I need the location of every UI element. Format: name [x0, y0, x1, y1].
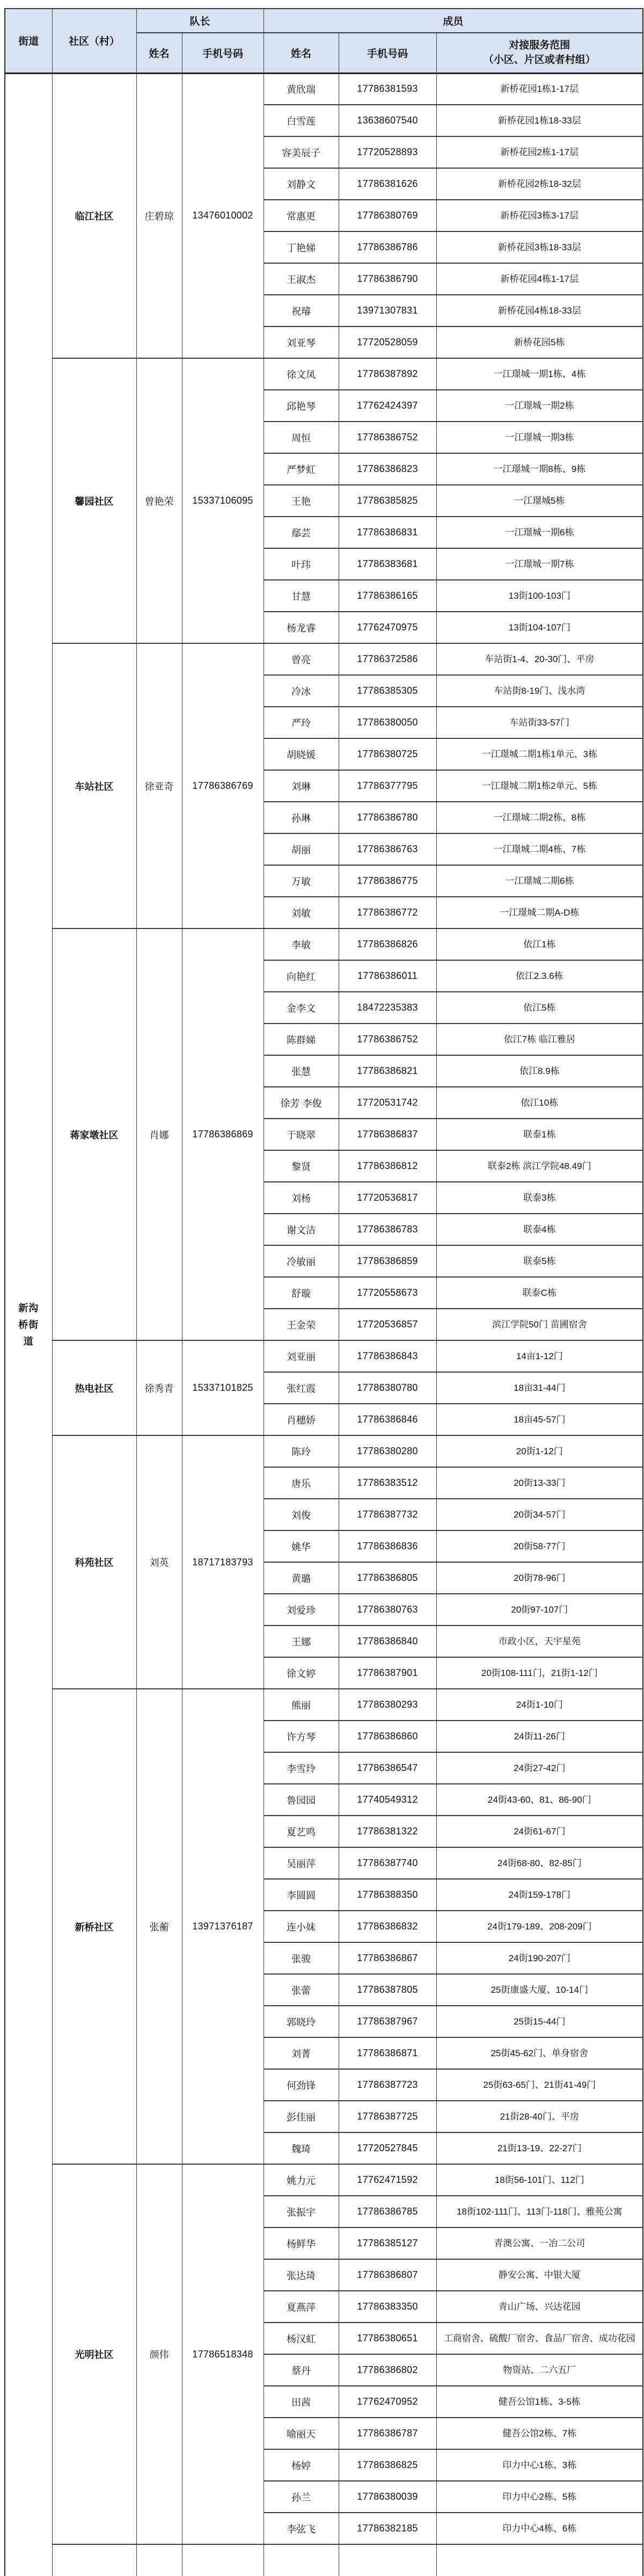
header-service-scope: 对接服务范围 （小区、片区或者村组）: [436, 33, 643, 73]
member-scope-cell: 21街28-40门、平房: [436, 2101, 643, 2132]
member-phone-cell: 17786380039: [339, 2481, 436, 2513]
member-name-cell: 杨婷: [264, 2449, 339, 2481]
member-scope-cell: 一江璟城二期1栋2单元、5栋: [436, 770, 643, 802]
member-phone-cell: 17786380293: [339, 1689, 436, 1721]
member-scope-cell: 依江5栋: [436, 992, 643, 1024]
leader-phone-cell-5: 18717183793: [182, 1435, 264, 1689]
member-scope-cell: 联泰4栋: [436, 1214, 643, 1245]
member-scope-cell: 一江璟城一期1栋、4栋: [436, 358, 643, 390]
member-phone-cell: 17786386867: [339, 1942, 436, 1974]
member-scope-cell: 24街43-60、81、86-90门: [436, 1784, 643, 1816]
member-scope-cell: 新桥花园3栋18-33层: [436, 231, 643, 263]
member-name-cell: 舒璇: [264, 1277, 339, 1309]
member-scope-cell: 工商宿舍、硫酸厂宿舍、食品厂宿舍、成功花园: [436, 2323, 643, 2354]
member-scope-cell: 一江璟城二期6栋: [436, 865, 643, 897]
street-label: 新沟桥街道: [14, 1300, 43, 1349]
member-name-cell: 张振宇: [264, 2196, 339, 2227]
leader-name-cell-6: 张蘅: [136, 1689, 182, 2164]
member-name-cell: 鄢芸: [264, 517, 339, 548]
member-scope-cell: 25街63-65门、21街41-49门: [436, 2069, 643, 2101]
member-name-cell: 田茜: [264, 2386, 339, 2418]
member-scope-cell: 20街58-77门: [436, 1530, 643, 1562]
member-name-cell: 冷敏丽: [264, 1245, 339, 1277]
member-phone-cell: 17786386772: [339, 897, 436, 928]
member-row: 蒋家墩社区肖娜17786386869李敏17786386826依江1栋: [5, 928, 643, 960]
member-phone-cell: 17786386786: [339, 231, 436, 263]
member-name-cell: 祝璿: [264, 295, 339, 326]
member-scope-cell: 一江璟城一期3栋: [436, 422, 643, 453]
member-scope-cell: 青山广场、兴达花园: [436, 2291, 643, 2323]
member-scope-cell: 一江璟城二期2栋、8栋: [436, 802, 643, 833]
member-name-cell: 胡晓媛: [264, 738, 339, 770]
member-name-cell: 孙兰: [264, 2481, 339, 2513]
street-cell: 新沟桥街道: [5, 73, 52, 2576]
member-scope-cell: 24街1-10门: [436, 1689, 643, 1721]
member-scope-cell: 20街108-111门，21街1-12门: [436, 1657, 643, 1689]
member-name-cell: 蔡丹: [264, 2354, 339, 2386]
member-phone-cell: 17786386807: [339, 2259, 436, 2291]
header-member-phone: 手机号码: [339, 33, 436, 73]
leader-name-cell-5: 刘英: [136, 1435, 182, 1689]
member-name-cell: 许方琴: [264, 1721, 339, 1752]
member-name-cell: 徐文凤: [264, 358, 339, 390]
member-name-cell: 张蕾: [264, 1974, 339, 2006]
member-scope-cell: 14亩1-12门: [436, 1340, 643, 1372]
member-scope-cell: 20街13-33门: [436, 1467, 643, 1499]
member-scope-cell: 物资站、二六五厂: [436, 2354, 643, 2386]
member-phone-cell: 17720527845: [339, 2132, 436, 2164]
member-scope-cell: 24街68-80、82-85门: [436, 1847, 643, 1879]
member-name-cell: 严梦虹: [264, 453, 339, 485]
member-phone-cell: 17786380769: [339, 200, 436, 231]
member-name-cell: 谢文洁: [264, 1214, 339, 1245]
member-scope-cell: 车站街8-19门、浅水湾: [436, 675, 643, 707]
member-phone-cell: 17786382185: [339, 2513, 436, 2544]
member-phone-cell: 17762424397: [339, 390, 436, 422]
member-phone-cell: 17720531742: [339, 1087, 436, 1119]
member-name-cell: 邱艳琴: [264, 390, 339, 422]
member-phone-cell: 17720536857: [339, 1309, 436, 1340]
member-name-cell: 黎贤: [264, 1150, 339, 1182]
member-name-cell: 李弦飞: [264, 2513, 339, 2544]
member-name-cell: 孙琳: [264, 802, 339, 833]
member-name-cell: 魏琦: [264, 2132, 339, 2164]
community-cell-5: 科苑社区: [52, 1435, 136, 1689]
member-name-cell: 金李文: [264, 992, 339, 1024]
member-scope-cell: 一江璟城一期7栋: [436, 548, 643, 580]
member-name-cell: 黄欣瑞: [264, 73, 339, 105]
header-service-scope-line2: （小区、片区或者村组）: [439, 53, 641, 68]
member-scope-cell: 新桥花园5栋: [436, 326, 643, 358]
leader-phone-cell-6: 13971376187: [182, 1689, 264, 2164]
member-name-cell: 白雪莲: [264, 105, 339, 136]
header-service-scope-line1: 对接服务范围: [439, 38, 641, 53]
member-scope-cell: 18亩31-44门: [436, 1372, 643, 1404]
member-scope-cell: 健吾公馆1栋、3-5栋: [436, 2386, 643, 2418]
member-row: 新沟桥街道临江社区庄碧琼13476010002黄欣瑞17786381593新桥花…: [5, 73, 643, 105]
member-name-cell: 叶玮: [264, 548, 339, 580]
member-phone-cell: 17786386763: [339, 833, 436, 865]
member-name-cell: 万敏: [264, 865, 339, 897]
member-name-cell: 吴丽萍: [264, 1847, 339, 1879]
member-scope-cell: 依江10栋: [436, 1087, 643, 1119]
member-scope-cell: 24街179-189、208-209门: [436, 1911, 643, 1942]
member-phone-cell: 17786387901: [339, 1657, 436, 1689]
member-phone-cell: 17786386826: [339, 928, 436, 960]
member-phone-cell: 17786380725: [339, 738, 436, 770]
member-name-cell: 刘杨: [264, 1182, 339, 1214]
member-name-cell: 徐文婷: [264, 1657, 339, 1689]
member-scope-cell: 联泰5栋: [436, 1245, 643, 1277]
member-phone-cell: 17786387732: [339, 1499, 436, 1530]
member-phone-cell: 17786386823: [339, 453, 436, 485]
member-scope-cell: 新桥花园1栋18-33层: [436, 105, 643, 136]
member-phone-cell: 17786385825: [339, 485, 436, 517]
member-phone-cell: 17786380780: [339, 1372, 436, 1404]
header-community: 社区（村）: [52, 9, 136, 73]
member-phone-cell: 17786386802: [339, 2354, 436, 2386]
member-scope-cell: 市政小区，天宇星苑: [436, 1626, 643, 1657]
member-phone-cell: 17786386831: [339, 517, 436, 548]
member-phone-cell: 17786386846: [339, 1404, 436, 1435]
member-phone-cell: 17762470952: [339, 2386, 436, 2418]
member-name-cell: 周恒: [264, 422, 339, 453]
leader-phone-cell-7: 17786518348: [182, 2164, 264, 2544]
member-name-cell: 熊丽: [264, 1689, 339, 1721]
table-header: 街道 社区（村） 队长 成员 姓名 手机号码 姓名 手机号码 对接服务范围 （小…: [5, 9, 643, 73]
member-phone-cell: 17786386783: [339, 1214, 436, 1245]
member-name-cell: 夏艺鸣: [264, 1816, 339, 1847]
member-name-cell: 王娜: [264, 1626, 339, 1657]
member-name-cell: 李圆圆: [264, 1879, 339, 1911]
community-cell-0: 临江社区: [52, 73, 136, 358]
member-name-cell: 张骏: [264, 1942, 339, 1974]
member-phone-cell: 17786386837: [339, 1119, 436, 1150]
member-scope-cell: 滨江学院50门 苗圃宿舍: [436, 1309, 643, 1340]
member-scope-cell: 21街13-19、22-27门: [436, 2132, 643, 2164]
community-roster-table-wrap: 街道 社区（村） 队长 成员 姓名 手机号码 姓名 手机号码 对接服务范围 （小…: [4, 8, 644, 2576]
cutoff-member-name-cell: [264, 2544, 339, 2576]
member-phone-cell: 17786381593: [339, 73, 436, 105]
member-scope-cell: 一江璟城一期6栋: [436, 517, 643, 548]
member-scope-cell: 一江璟城二期4栋、7栋: [436, 833, 643, 865]
member-scope-cell: 健吾公馆2栋、7栋: [436, 2418, 643, 2449]
member-phone-cell: 17786386165: [339, 580, 436, 612]
leader-name-cell-3: 肖娜: [136, 928, 182, 1340]
member-scope-cell: 依江8.9栋: [436, 1055, 643, 1087]
member-name-cell: 严玲: [264, 707, 339, 738]
member-scope-cell: 新桥花园4栋1-17层: [436, 263, 643, 295]
member-phone-cell: 17786381322: [339, 1816, 436, 1847]
member-name-cell: 唐乐: [264, 1467, 339, 1499]
header-member-name: 姓名: [264, 33, 339, 73]
member-scope-cell: 一江璟城二期1栋1单元、3栋: [436, 738, 643, 770]
member-scope-cell: 一江璟城一期8栋、9栋: [436, 453, 643, 485]
member-scope-cell: 依江7栋 临江雅居: [436, 1024, 643, 1055]
member-name-cell: 张达琦: [264, 2259, 339, 2291]
member-scope-cell: 20街1-12门: [436, 1435, 643, 1467]
member-phone-cell: 17786383512: [339, 1467, 436, 1499]
member-name-cell: 彭佳丽: [264, 2101, 339, 2132]
member-name-cell: 肖穗娇: [264, 1404, 339, 1435]
member-scope-cell: 24街11-26门: [436, 1721, 643, 1752]
member-row: 光明社区颜伟17786518348姚力元1776247159218街56-101…: [5, 2164, 643, 2196]
member-phone-cell: 17786386787: [339, 2418, 436, 2449]
member-name-cell: 何劲锋: [264, 2069, 339, 2101]
member-scope-cell: 新桥花园2栋18-32层: [436, 168, 643, 200]
member-scope-cell: 一江璟城二期A-D栋: [436, 897, 643, 928]
member-phone-cell: 17786386547: [339, 1752, 436, 1784]
leader-name-cell-1: 曾艳荣: [136, 358, 182, 643]
member-scope-cell: 联泰C栋: [436, 1277, 643, 1309]
member-name-cell: 刘亚丽: [264, 1340, 339, 1372]
cutoff-row: [5, 2544, 643, 2576]
member-name-cell: 郭晓玲: [264, 2006, 339, 2037]
member-name-cell: 王淑杰: [264, 263, 339, 295]
member-phone-cell: 17786386860: [339, 1721, 436, 1752]
leader-phone-cell-2: 17786386769: [182, 643, 264, 928]
member-scope-cell: 18街102-111门、113门-118门、雅苑公寓: [436, 2196, 643, 2227]
member-name-cell: 鲁园园: [264, 1784, 339, 1816]
member-scope-cell: 车站街1-4、20-30门、平房: [436, 643, 643, 675]
member-scope-cell: 新桥花园4栋18-33层: [436, 295, 643, 326]
member-name-cell: 丁艳娣: [264, 231, 339, 263]
member-phone-cell: 17786385127: [339, 2227, 436, 2259]
member-phone-cell: 17786387740: [339, 1847, 436, 1879]
table-body: 新沟桥街道临江社区庄碧琼13476010002黄欣瑞17786381593新桥花…: [5, 73, 643, 2576]
member-phone-cell: 17786377795: [339, 770, 436, 802]
member-name-cell: 冷冰: [264, 675, 339, 707]
member-phone-cell: 17786381626: [339, 168, 436, 200]
member-scope-cell: 联泰2栋 滨江学院48.49门: [436, 1150, 643, 1182]
member-name-cell: 张红霞: [264, 1372, 339, 1404]
member-scope-cell: 依江1栋: [436, 928, 643, 960]
member-phone-cell: 17786387723: [339, 2069, 436, 2101]
leader-phone-cell-4: 15337101825: [182, 1340, 264, 1435]
member-name-cell: 喻丽天: [264, 2418, 339, 2449]
member-phone-cell: 17762470975: [339, 612, 436, 643]
member-phone-cell: 17786380763: [339, 1594, 436, 1626]
header-leader-group: 队长: [136, 9, 264, 33]
member-name-cell: 容美辰子: [264, 136, 339, 168]
community-cell-3: 蒋家墩社区: [52, 928, 136, 1340]
member-scope-cell: 13街100-103门: [436, 580, 643, 612]
member-scope-cell: 印力中心1栋、3栋: [436, 2449, 643, 2481]
community-roster-table: 街道 社区（村） 队长 成员 姓名 手机号码 姓名 手机号码 对接服务范围 （小…: [4, 8, 643, 2576]
cutoff-leader-name-cell: [136, 2544, 182, 2576]
member-phone-cell: 17720558673: [339, 1277, 436, 1309]
member-name-cell: 胡丽: [264, 833, 339, 865]
member-name-cell: 刘敏: [264, 897, 339, 928]
member-scope-cell: 20街78-96门: [436, 1562, 643, 1594]
member-phone-cell: 17786372586: [339, 643, 436, 675]
cutoff-community-cell: [52, 2544, 136, 2576]
community-cell-6: 新桥社区: [52, 1689, 136, 2164]
member-name-cell: 刘亚琴: [264, 326, 339, 358]
member-row: 馨园社区曾艳荣15337106095徐文凤17786387892一江璟城一期1栋…: [5, 358, 643, 390]
member-phone-cell: 17786386752: [339, 422, 436, 453]
member-name-cell: 常惠更: [264, 200, 339, 231]
community-cell-7: 光明社区: [52, 2164, 136, 2544]
member-phone-cell: 17720528059: [339, 326, 436, 358]
member-phone-cell: 17786380651: [339, 2323, 436, 2354]
member-name-cell: 姚力元: [264, 2164, 339, 2196]
member-phone-cell: 17786386780: [339, 802, 436, 833]
member-row: 车站社区徐亚奇17786386769曾亮17786372586车站街1-4、20…: [5, 643, 643, 675]
member-scope-cell: 20街34-57门: [436, 1499, 643, 1530]
member-phone-cell: 17786386840: [339, 1626, 436, 1657]
member-phone-cell: 17786386752: [339, 1024, 436, 1055]
member-name-cell: 黄璐: [264, 1562, 339, 1594]
member-name-cell: 甘慧: [264, 580, 339, 612]
member-phone-cell: 17786386790: [339, 263, 436, 295]
member-scope-cell: 联泰3栋: [436, 1182, 643, 1214]
member-scope-cell: 一江璟城一期2栋: [436, 390, 643, 422]
member-phone-cell: 17786386775: [339, 865, 436, 897]
member-name-cell: 陈玲: [264, 1435, 339, 1467]
member-phone-cell: 17786383350: [339, 2291, 436, 2323]
member-phone-cell: 17786386011: [339, 960, 436, 992]
member-phone-cell: 13971307831: [339, 295, 436, 326]
member-phone-cell: 17786388350: [339, 1879, 436, 1911]
member-scope-cell: 车站街33-57门: [436, 707, 643, 738]
member-name-cell: 刘俊: [264, 1499, 339, 1530]
leader-phone-cell-3: 17786386869: [182, 928, 264, 1340]
member-phone-cell: 13638607540: [339, 105, 436, 136]
member-phone-cell: 17786385305: [339, 675, 436, 707]
member-phone-cell: 17786387725: [339, 2101, 436, 2132]
member-name-cell: 刘琳: [264, 770, 339, 802]
community-cell-4: 热电社区: [52, 1340, 136, 1435]
member-scope-cell: 印力中心4栋、6栋: [436, 2513, 643, 2544]
header-leader-name: 姓名: [136, 33, 182, 73]
member-phone-cell: 17786383681: [339, 548, 436, 580]
member-name-cell: 李敏: [264, 928, 339, 960]
header-member-group: 成员: [264, 9, 643, 33]
member-scope-cell: 20街97-107门: [436, 1594, 643, 1626]
member-name-cell: 张慧: [264, 1055, 339, 1087]
member-phone-cell: 17786386812: [339, 1150, 436, 1182]
member-phone-cell: 17740549312: [339, 1784, 436, 1816]
member-phone-cell: 17786386805: [339, 1562, 436, 1594]
leader-phone-cell-1: 15337106095: [182, 358, 264, 643]
member-scope-cell: 18亩45-57门: [436, 1404, 643, 1435]
member-scope-cell: 青澳公寓、一冶二公司: [436, 2227, 643, 2259]
member-name-cell: 刘爱珍: [264, 1594, 339, 1626]
member-name-cell: 夏燕萍: [264, 2291, 339, 2323]
member-name-cell: 刘静文: [264, 168, 339, 200]
member-phone-cell: 17786380050: [339, 707, 436, 738]
member-phone-cell: 17786380280: [339, 1435, 436, 1467]
member-scope-cell: 新桥花园1栋1-17层: [436, 73, 643, 105]
member-phone-cell: 17786386821: [339, 1055, 436, 1087]
member-scope-cell: 静安公寓、中银大厦: [436, 2259, 643, 2291]
member-phone-cell: 17786386836: [339, 1530, 436, 1562]
member-name-cell: 王金荣: [264, 1309, 339, 1340]
leader-name-cell-2: 徐亚奇: [136, 643, 182, 928]
member-phone-cell: 17786386871: [339, 2037, 436, 2069]
member-scope-cell: 13街104-107门: [436, 612, 643, 643]
member-scope-cell: 24街159-178门: [436, 1879, 643, 1911]
member-name-cell: 刘菁: [264, 2037, 339, 2069]
member-phone-cell: 17762471592: [339, 2164, 436, 2196]
member-phone-cell: 17786387805: [339, 1974, 436, 2006]
member-phone-cell: 17720528893: [339, 136, 436, 168]
member-phone-cell: 17720536817: [339, 1182, 436, 1214]
member-name-cell: 连小妹: [264, 1911, 339, 1942]
member-name-cell: 杨龙睿: [264, 612, 339, 643]
member-name-cell: 向艳红: [264, 960, 339, 992]
member-scope-cell: 25街15-44门: [436, 2006, 643, 2037]
member-name-cell: 杨鲜华: [264, 2227, 339, 2259]
leader-name-cell-0: 庄碧琼: [136, 73, 182, 358]
member-phone-cell: 17786386859: [339, 1245, 436, 1277]
member-scope-cell: 24街61-67门: [436, 1816, 643, 1847]
member-name-cell: 杨汉虹: [264, 2323, 339, 2354]
member-name-cell: 王艳: [264, 485, 339, 517]
member-phone-cell: 17786386825: [339, 2449, 436, 2481]
member-phone-cell: 17786386785: [339, 2196, 436, 2227]
member-phone-cell: 18472235383: [339, 992, 436, 1024]
member-name-cell: 李雪玲: [264, 1752, 339, 1784]
leader-name-cell-7: 颜伟: [136, 2164, 182, 2544]
member-scope-cell: 24街27-42门: [436, 1752, 643, 1784]
leader-name-cell-4: 徐秀青: [136, 1340, 182, 1435]
member-scope-cell: 印力中心2栋、5栋: [436, 2481, 643, 2513]
member-phone-cell: 17786387967: [339, 2006, 436, 2037]
member-scope-cell: 依江2.3.6栋: [436, 960, 643, 992]
member-scope-cell: 25街45-62门、单身宿舍: [436, 2037, 643, 2069]
member-phone-cell: 17786386832: [339, 1911, 436, 1942]
member-phone-cell: 17786386843: [339, 1340, 436, 1372]
member-scope-cell: 联泰1栋: [436, 1119, 643, 1150]
member-name-cell: 陈群娣: [264, 1024, 339, 1055]
member-scope-cell: 一江璟城5栋: [436, 485, 643, 517]
member-name-cell: 姚华: [264, 1530, 339, 1562]
leader-phone-cell-0: 13476010002: [182, 73, 264, 358]
community-cell-2: 车站社区: [52, 643, 136, 928]
community-cell-1: 馨园社区: [52, 358, 136, 643]
member-name-cell: 于晓翠: [264, 1119, 339, 1150]
member-scope-cell: 25街康盛大厦、10-14门: [436, 1974, 643, 2006]
member-name-cell: 徐芳 李俊: [264, 1087, 339, 1119]
member-row: 热电社区徐秀青15337101825刘亚丽1778638684314亩1-12门: [5, 1340, 643, 1372]
cutoff-member-phone-cell: [339, 2544, 436, 2576]
member-scope-cell: 新桥花园3栋3-17层: [436, 200, 643, 231]
member-row: 科苑社区刘英18717183793陈玲1778638028020街1-12门: [5, 1435, 643, 1467]
member-phone-cell: 17786387892: [339, 358, 436, 390]
member-scope-cell: 24街190-207门: [436, 1942, 643, 1974]
member-name-cell: 曾亮: [264, 643, 339, 675]
cutoff-member-scope-cell: [436, 2544, 643, 2576]
header-street: 街道: [5, 9, 52, 73]
header-leader-phone: 手机号码: [182, 33, 264, 73]
member-row: 新桥社区张蘅13971376187熊丽1778638029324街1-10门: [5, 1689, 643, 1721]
member-scope-cell: 18街56-101门、112门: [436, 2164, 643, 2196]
cutoff-leader-phone-cell: [182, 2544, 264, 2576]
member-scope-cell: 新桥花园2栋1-17层: [436, 136, 643, 168]
